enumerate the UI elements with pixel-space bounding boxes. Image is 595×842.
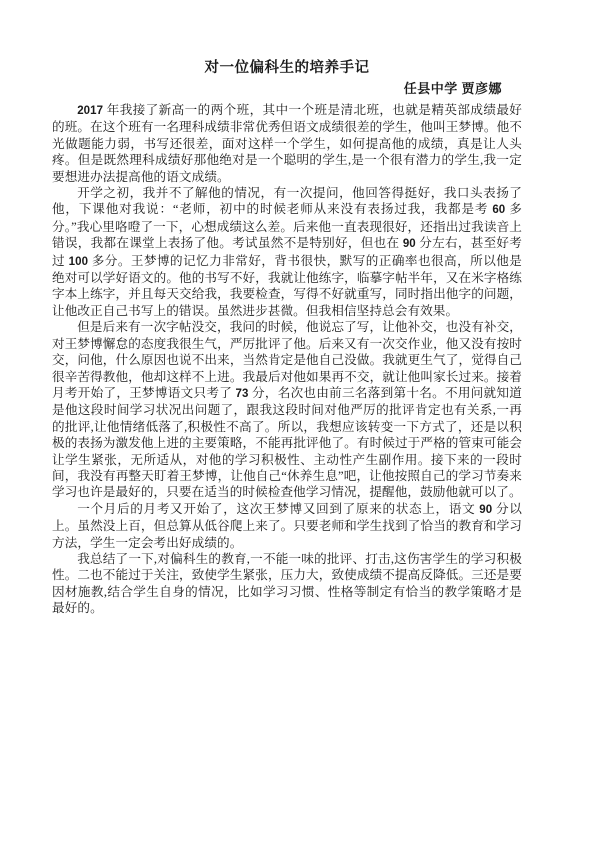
author-byline: 任县中学 贾彦娜	[52, 80, 522, 98]
paragraph-3: 但是后来有一次字帖没交，我问的时候，他说忘了写，让他补交，也没有补交，对王梦博懈…	[52, 319, 522, 500]
document-page: 对一位偏科生的培养手记 任县中学 贾彦娜 2017 年我接了新高一的两个班，其中…	[0, 0, 595, 842]
paragraph-1: 2017 年我接了新高一的两个班，其中一个班是清北班，也就是精英部成绩最好的班。…	[52, 102, 522, 185]
document-title: 对一位偏科生的培养手记	[52, 58, 522, 78]
document-body: 2017 年我接了新高一的两个班，其中一个班是清北班，也就是精英部成绩最好的班。…	[52, 102, 522, 617]
paragraph-4: 一个月后的月考又开始了，这次王梦博又回到了原来的状态上，语文 90 分以上。虽然…	[52, 501, 522, 551]
paragraph-2: 开学之初，我并不了解他的情况，有一次提问，他回答得挺好，我口头表扬了他，下课他对…	[52, 185, 522, 319]
paragraph-5: 我总结了一下,对偏科生的教育,一不能一味的批评、打击,这伤害学生的学习积极性。二…	[52, 551, 522, 617]
